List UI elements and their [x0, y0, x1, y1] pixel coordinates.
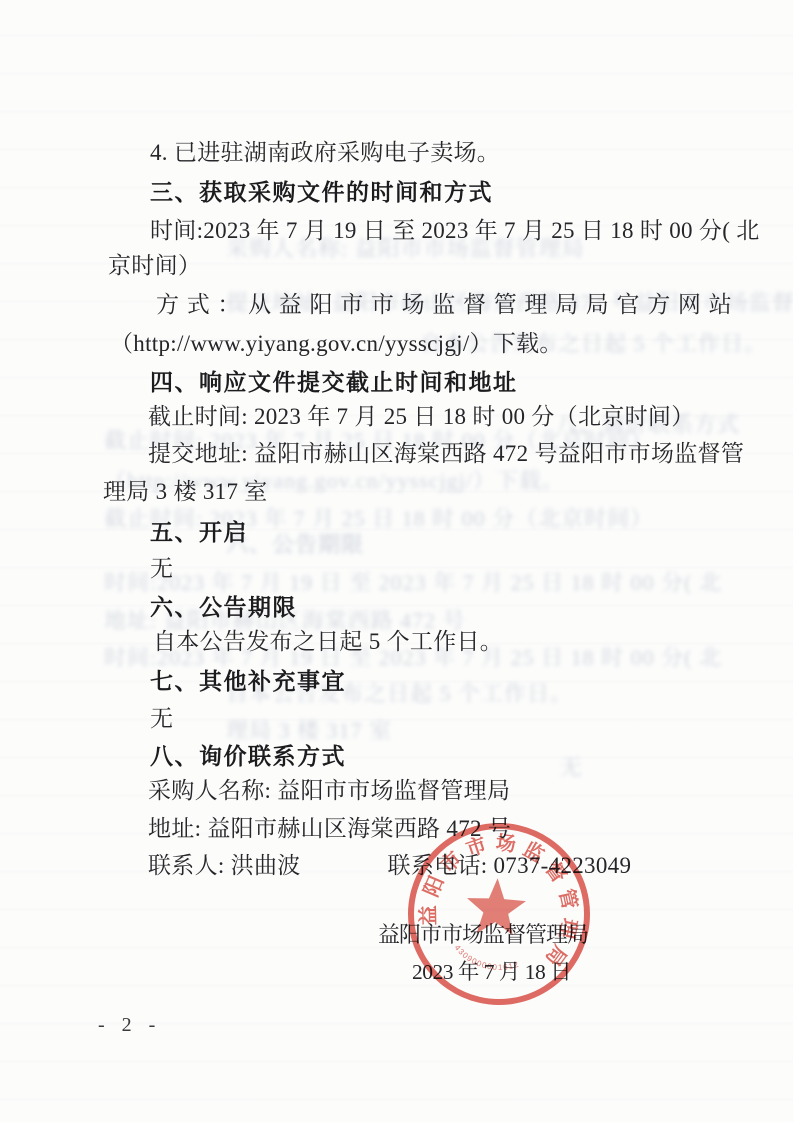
official-seal: 益阳市市场监督管理局 4309000001612 — [404, 819, 596, 1011]
doc-line-deadline: 截止时间: 2023 年 7 月 25 日 18 时 00 分（北京时间） — [148, 403, 695, 431]
section-heading-6: 六、公告期限 — [150, 593, 297, 621]
doc-line-notice-period: 自本公告发布之日起 5 个工作日。 — [153, 628, 503, 656]
section-heading-4: 四、响应文件提交截止时间和地址 — [150, 368, 518, 396]
doc-line-none-1: 无 — [150, 555, 173, 583]
doc-line-method: 方式：从益阳市市场监督管理局局官方网站 — [156, 291, 739, 319]
seal-serial: 4309000001612 — [450, 942, 523, 978]
page-number: - 2 - — [98, 1014, 161, 1037]
section-heading-3: 三、获取采购文件的时间和方式 — [150, 178, 493, 206]
contact-person: 联系人: 洪曲波 — [148, 853, 301, 878]
ghost-line: 无 — [560, 751, 583, 782]
doc-line-time-range-2: 京时间） — [108, 252, 201, 280]
ghost-line: 理局 3 楼 317 室 — [226, 714, 392, 745]
scanned-document-page: 采购人名称: 益阳市市场监督管理局 提交地址: 益阳市赫山区海棠西路 472 号… — [0, 0, 793, 1122]
doc-line-submit-addr: 提交地址: 益阳市赫山区海棠西路 472 号益阳市市场监督管 — [148, 440, 744, 468]
doc-line-market-entry: 4. 已进驻湖南政府采购电子卖场。 — [150, 139, 500, 167]
doc-line-time-range: 时间:2023 年 7 月 19 日 至 2023 年 7 月 25 日 18 … — [150, 217, 760, 245]
section-heading-7: 七、其他补充事宜 — [150, 667, 346, 695]
doc-line-none-2: 无 — [150, 705, 173, 733]
section-heading-5: 五、开启 — [150, 518, 248, 546]
doc-line-purchaser: 采购人名称: 益阳市市场监督管理局 — [148, 777, 510, 805]
seal-star-icon — [465, 877, 527, 936]
doc-line-submit-addr-2: 理局 3 楼 317 室 — [103, 478, 268, 506]
section-heading-8: 八、询价联系方式 — [150, 742, 346, 770]
doc-line-url: （http://www.yiyang.gov.cn/yysscjgj/）下载。 — [110, 330, 563, 358]
